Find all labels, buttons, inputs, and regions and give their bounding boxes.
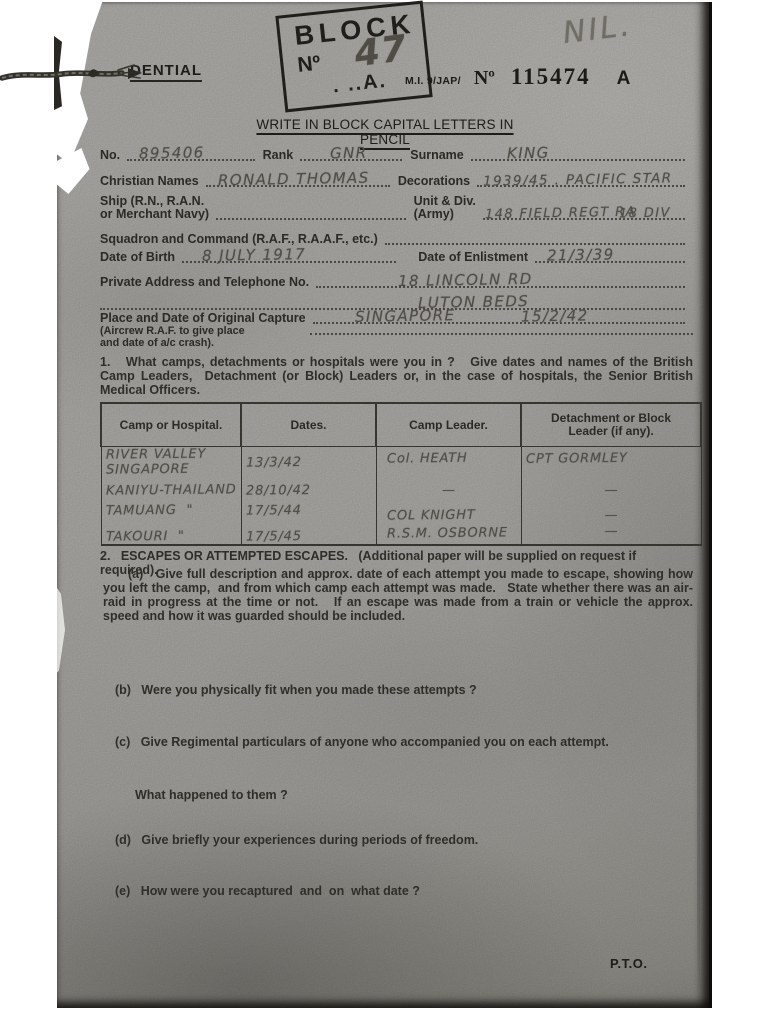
address-label: Private Address and Telephone No. [100, 276, 314, 289]
decorations-field: 1939/45 . PACIFIC STAR [477, 171, 685, 187]
table-row: KANIYU-THAILAND 28/10/42 — — [101, 483, 701, 503]
surname-field: KING [471, 145, 685, 161]
camp-leader-cell: COL KNIGHT [380, 502, 516, 523]
camp-leader-cell: Col. HEATH [380, 446, 516, 466]
detachment-leader-cell: CPT GORMLEY [525, 446, 696, 467]
row-no-rank-surname: No. 895406 Rank GNR Surname KING [100, 145, 693, 162]
question-1: 1. What camps, detachments or hospitals … [100, 355, 693, 397]
dates-cell: 13/3/42 [245, 446, 371, 470]
row-birth-enlistment: Date of Birth 8 JULY 1917 Date of Enlist… [100, 247, 693, 264]
serial-number-row: M.I. 9/JAP/ Nº 115474 A [405, 64, 630, 90]
question-2d: (d) Give briefly your experiences during… [115, 833, 478, 847]
no-field: 895406 [127, 145, 255, 161]
surname-label: Surname [410, 149, 469, 162]
camps-table: Camp or Hospital. Dates. Camp Leader. De… [100, 402, 702, 546]
pto-footer: P.T.O. [610, 956, 647, 971]
christian-names-field: RONALD THOMAS [206, 171, 390, 187]
question-2e: (e) How were you recaptured and on what … [115, 884, 420, 898]
unit-div-value: 18 DIV [619, 206, 671, 222]
serial-suffix: A [617, 68, 631, 90]
decorations-value: 1939/45 . PACIFIC STAR [483, 170, 673, 189]
serial-no-label: Nº [474, 67, 495, 90]
question-2c: (c) Give Regimental particulars of anyon… [115, 735, 609, 749]
mi9-reference: M.I. 9/JAP/ [405, 75, 461, 87]
squadron-label: Squadron and Command (R.A.F., R.A.A.F., … [100, 233, 383, 246]
address-value-line1: 18 LINCOLN RD [398, 270, 533, 290]
dates-cell: 17/5/44 [245, 502, 371, 518]
surname-value: KING [507, 144, 550, 163]
stamp-no-label: Nº [296, 52, 321, 77]
christian-names-value: RONALD THOMAS [218, 169, 370, 190]
row-names-decorations: Christian Names RONALD THOMAS Decoration… [100, 171, 693, 188]
row-address: Private Address and Telephone No. 18 LIN… [100, 272, 693, 289]
camp-cell: TAMUANG " [105, 502, 236, 518]
unit-label: Unit & Div. (Army) [414, 195, 481, 221]
confidential-marking: DENTIAL [130, 62, 202, 82]
capture-sublabel: (Aircrew R.A.F. to give place and date o… [100, 326, 250, 349]
detachment-leader-cell: — [525, 523, 696, 540]
detachment-leader-cell: — [525, 482, 696, 499]
camp-leader-cell: R.S.M. OSBORNE [380, 523, 516, 541]
scanned-document-photo: BLOCK Nº 47 . ..A. NIL. DENTIAL M.I. 9/J… [0, 0, 772, 1024]
serial-number: 115474 [511, 64, 591, 90]
stamp-no-handwritten-value: 47 [352, 28, 410, 75]
table-row: RIVER VALLEY SINGAPORE 13/3/42 Col. HEAT… [101, 447, 701, 483]
dates-cell: 28/10/42 [245, 482, 371, 498]
capture-field-line2 [310, 320, 693, 335]
date-of-birth-value: 8 JULY 1917 [202, 245, 306, 265]
detachment-leader-cell: — [525, 502, 696, 524]
col-header-camp: Camp or Hospital. [101, 403, 241, 447]
row-squadron: Squadron and Command (R.A.F., R.A.A.F., … [100, 229, 693, 246]
col-header-camp-leader: Camp Leader. [376, 403, 521, 447]
date-of-enlistment-label: Date of Enlistment [418, 251, 533, 264]
christian-names-label: Christian Names [100, 175, 204, 188]
ship-label: Ship (R.N., R.A.N. or Merchant Navy) [100, 195, 214, 221]
rank-field: GNR [300, 145, 402, 161]
date-of-birth-field: 8 JULY 1917 [182, 247, 396, 263]
rank-label: Rank [263, 149, 299, 162]
camp-cell: TAKOURI " [105, 523, 236, 544]
camps-table-header-row: Camp or Hospital. Dates. Camp Leader. De… [101, 403, 701, 447]
ship-field [216, 204, 406, 220]
question-2a: (a) Give full description and approx. da… [103, 567, 693, 623]
decorations-label: Decorations [398, 175, 475, 188]
unit-field: 148 FIELD REGT RA 18 DIV [483, 204, 685, 220]
capture-label: Place and Date of Original Capture [100, 312, 311, 325]
date-of-enlistment-field: 21/3/39 [535, 247, 685, 263]
nil-annotation: NIL. [561, 8, 634, 51]
date-of-birth-label: Date of Birth [100, 251, 180, 264]
dates-cell: 17/5/45 [245, 523, 371, 544]
instruction-heading: WRITE IN BLOCK CAPITAL LETTERS IN PENCIL [235, 117, 535, 147]
question-2c-followup: What happened to them ? [135, 788, 288, 802]
camp-cell: KANIYU-THAILAND [105, 482, 236, 498]
no-label: No. [100, 149, 125, 162]
address-field: 18 LINCOLN RD [316, 272, 685, 288]
date-of-enlistment-value: 21/3/39 [547, 245, 615, 264]
block-number-stamp: BLOCK Nº 47 . ..A. [275, 1, 432, 113]
paper-crease [697, 562, 700, 1008]
table-row: TAKOURI " 17/5/45 R.S.M. OSBORNE — [101, 524, 701, 545]
col-header-dates: Dates. [241, 403, 376, 447]
camp-cell: RIVER VALLEY SINGAPORE [105, 446, 236, 477]
row-ship-unit: Ship (R.N., R.A.N. or Merchant Navy) Uni… [100, 195, 693, 221]
rank-value: GNR [330, 144, 368, 163]
col-header-detachment-leader: Detachment or Block Leader (if any). [521, 403, 701, 447]
questionnaire-page: BLOCK Nº 47 . ..A. NIL. DENTIAL M.I. 9/J… [57, 2, 712, 1008]
table-row: TAMUANG " 17/5/44 COL KNIGHT — [101, 503, 701, 524]
camp-leader-cell: — [380, 482, 516, 498]
unit-value: 148 FIELD REGT RA [485, 205, 636, 223]
question-2b: (b) Were you physically fit when you mad… [115, 683, 477, 697]
no-value: 895406 [139, 143, 205, 162]
squadron-field [385, 229, 685, 245]
